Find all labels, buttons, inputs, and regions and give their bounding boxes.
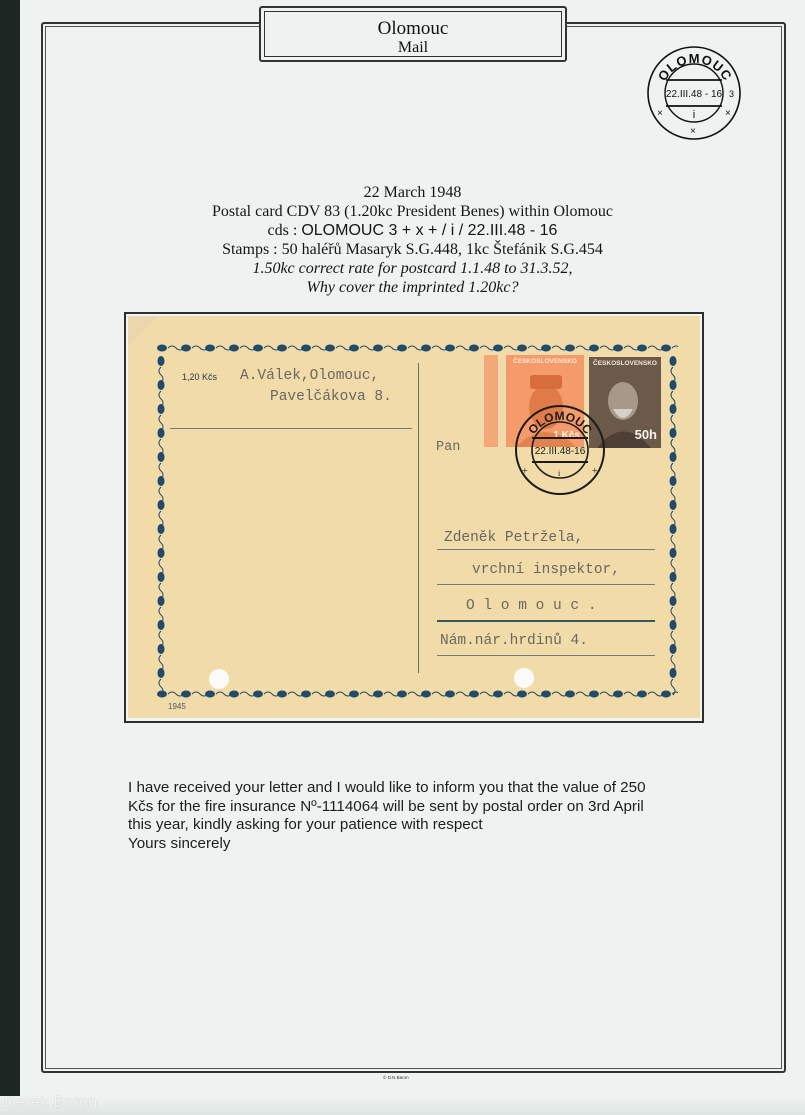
svg-text:22.III.48-16: 22.III.48-16 bbox=[535, 446, 586, 457]
sender-rule bbox=[170, 428, 412, 429]
cancel-sub-letter: i bbox=[693, 109, 695, 121]
sender-line-1: A.Válek,Olomouc, bbox=[240, 368, 379, 384]
copyright-credit: © D.N.Baron bbox=[383, 1075, 409, 1080]
caption-note-2: Why cover the imprinted 1.20kc? bbox=[100, 278, 725, 297]
svg-text:×: × bbox=[657, 108, 663, 119]
letter-translation: I have received your letter and I would … bbox=[128, 779, 698, 853]
imprinted-value: 1,20 Kčs bbox=[182, 372, 217, 382]
svg-text:×: × bbox=[725, 108, 731, 119]
caption-stamps: Stamps : 50 haléřů Masaryk S.G.448, 1kc … bbox=[100, 240, 725, 259]
postmark-on-card: OLOMOUC 22.III.48-16 + + i bbox=[512, 402, 608, 498]
caption-description: Postal card CDV 83 (1.20kc President Ben… bbox=[100, 202, 725, 221]
caption-date: 22 March 1948 bbox=[100, 183, 725, 202]
sender-line-2: Pavelčákova 8. bbox=[270, 389, 392, 405]
cancellation-mark-illustration: OLOMOUC 3 22.III.48 - 16 i × × × bbox=[645, 44, 743, 142]
print-year: 1945 bbox=[168, 702, 186, 711]
caption-note-1: 1.50kc correct rate for postcard 1.1.48 … bbox=[100, 259, 725, 278]
svg-text:×: × bbox=[690, 126, 696, 137]
punch-hole-left bbox=[209, 669, 229, 689]
cancel-date: 22.III.48 - 16 bbox=[666, 89, 723, 100]
recipient-line-2: vrchní inspektor, bbox=[472, 562, 620, 578]
description-caption: 22 March 1948 Postal card CDV 83 (1.20kc… bbox=[100, 183, 725, 297]
scanner-edge bbox=[0, 0, 20, 1115]
recipient-line-3: O l o m o u c . bbox=[466, 598, 597, 614]
punch-hole-right bbox=[514, 668, 534, 688]
recipient-line-1: Zdeněk Petržela, bbox=[444, 530, 583, 546]
postcard-divider bbox=[418, 363, 419, 673]
caption-cds: cds : OLOMOUC 3 + x + / i / 22.III.48 - … bbox=[100, 221, 725, 240]
svg-text:i: i bbox=[558, 469, 561, 478]
recipient-line-4: Nám.nár.hrdinů 4. bbox=[440, 633, 588, 649]
salutation: Pan bbox=[436, 440, 460, 455]
stamp-selvage bbox=[484, 355, 498, 447]
watermark: Derek Baron bbox=[4, 1093, 97, 1111]
postcard-corner-crease bbox=[128, 316, 158, 346]
cancel-office-number: 3 bbox=[729, 89, 734, 99]
svg-text:+: + bbox=[592, 466, 598, 477]
page-bottom-edge bbox=[0, 1096, 805, 1115]
title-box: Olomouc Mail bbox=[259, 6, 567, 62]
svg-text:+: + bbox=[522, 466, 528, 477]
page-title: Olomouc bbox=[265, 19, 561, 38]
page-subtitle: Mail bbox=[265, 40, 561, 56]
